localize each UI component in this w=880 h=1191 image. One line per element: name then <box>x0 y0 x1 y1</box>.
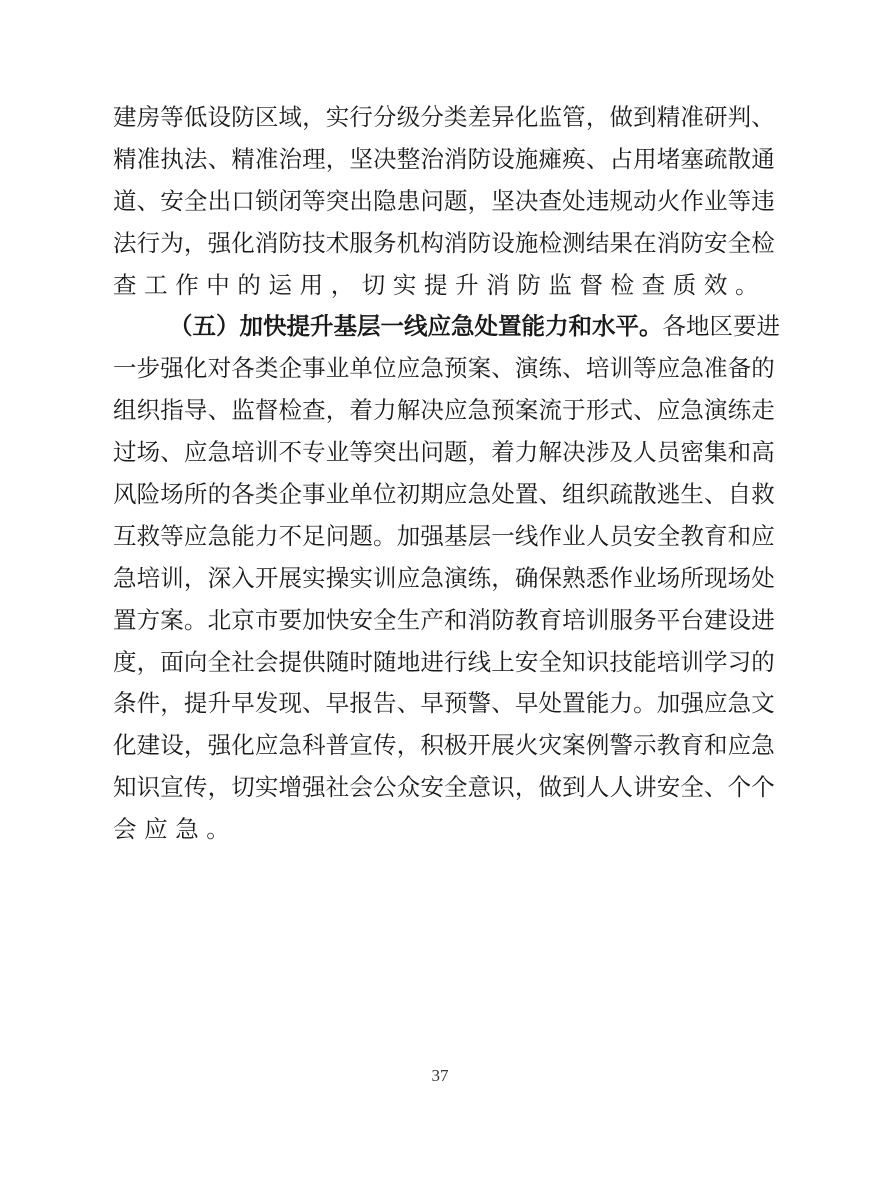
glyph: 线 <box>515 516 539 558</box>
glyph: 业 <box>562 516 586 558</box>
glyph: 报 <box>349 683 373 725</box>
glyph: 安 <box>349 600 373 642</box>
glyph: 操 <box>326 558 350 600</box>
glyph: 场 <box>160 474 184 516</box>
glyph: 全 <box>444 767 468 809</box>
glyph: 类 <box>444 97 468 139</box>
glyph: 悉 <box>586 558 610 600</box>
glyph: 组 <box>113 390 137 432</box>
glyph: 提 <box>287 306 311 348</box>
glyph: 着 <box>349 390 373 432</box>
glyph: 等 <box>302 181 326 223</box>
glyph: 早 <box>420 683 444 725</box>
glyph: 应 <box>657 348 681 390</box>
glyph: 消 <box>468 600 492 642</box>
glyph: 事 <box>302 474 326 516</box>
glyph: 建 <box>704 600 728 642</box>
glyph: ， <box>302 97 326 139</box>
glyph: 整 <box>397 139 421 181</box>
glyph: 建 <box>113 97 137 139</box>
glyph: 应 <box>728 725 752 767</box>
glyph: 人 <box>633 432 657 474</box>
glyph: 机 <box>397 223 421 265</box>
glyph: 早 <box>231 683 255 725</box>
glyph: 堵 <box>657 139 681 181</box>
glyph: 各 <box>231 474 255 516</box>
glyph: 进 <box>420 642 444 684</box>
glyph: 坚 <box>491 181 515 223</box>
glyph: 的 <box>208 474 232 516</box>
glyph: 、 <box>137 181 161 223</box>
glyph: 练 <box>468 558 492 600</box>
glyph: 练 <box>728 390 752 432</box>
glyph: 级 <box>397 97 421 139</box>
glyph: 练 <box>539 348 563 390</box>
glyph: 向 <box>184 642 208 684</box>
glyph: 水 <box>592 306 616 348</box>
glyph: 防 <box>468 223 492 265</box>
glyph: 线 <box>404 306 428 348</box>
glyph: 识 <box>137 767 161 809</box>
body-text: 建房等低设防区域，实行分级分类差异化监管，做到精准研判、 精准执法、精准治理，坚… <box>113 97 775 851</box>
glyph: 、 <box>491 683 515 725</box>
glyph: 类 <box>255 348 279 390</box>
glyph: 行 <box>349 97 373 139</box>
glyph: 防 <box>231 97 255 139</box>
glyph: 闭 <box>278 181 302 223</box>
glyph: 、 <box>751 97 775 139</box>
glyph: 消 <box>444 139 468 181</box>
glyph: 执 <box>160 139 184 181</box>
glyph: 织 <box>137 390 161 432</box>
glyph: 化 <box>231 725 255 767</box>
glyph: 散 <box>728 139 752 181</box>
glyph: 极 <box>444 725 468 767</box>
glyph: 传 <box>184 767 208 809</box>
glyph: 问 <box>420 432 444 474</box>
glyph: 置 <box>498 306 522 348</box>
glyph: 场 <box>137 432 161 474</box>
glyph: 分 <box>420 97 444 139</box>
glyph: 强 <box>208 725 232 767</box>
glyph: 一 <box>491 516 515 558</box>
text-line: 过场、应急培训不专业等突出问题，着力解决涉及人员密集和高 <box>113 432 775 474</box>
glyph: 人 <box>586 767 610 809</box>
glyph: 管 <box>562 97 586 139</box>
glyph: 准 <box>680 97 704 139</box>
glyph: 全 <box>680 767 704 809</box>
text-line: 一步强化对各类企事业单位应急预案、演练、培训等应急准备的 <box>113 348 775 390</box>
glyph: 互 <box>113 516 137 558</box>
glyph: 训 <box>586 600 610 642</box>
glyph: 不 <box>278 432 302 474</box>
glyph: 科 <box>302 725 326 767</box>
glyph: 设 <box>491 223 515 265</box>
glyph: 等 <box>349 432 373 474</box>
glyph: ， <box>468 432 492 474</box>
glyph: 安 <box>633 516 657 558</box>
glyph: 应 <box>444 474 468 516</box>
glyph: 展 <box>491 725 515 767</box>
glyph: 全 <box>539 642 563 684</box>
glyph: 公 <box>373 767 397 809</box>
glyph: 化 <box>184 348 208 390</box>
glyph: 等 <box>633 348 657 390</box>
glyph: 式 <box>609 390 633 432</box>
glyph: 生 <box>397 600 421 642</box>
glyph: 、 <box>302 683 326 725</box>
glyph: 市 <box>255 600 279 642</box>
glyph: 违 <box>751 181 775 223</box>
glyph: 急 <box>451 306 475 348</box>
glyph: 传 <box>373 725 397 767</box>
glyph: 消 <box>255 223 279 265</box>
glyph: 火 <box>515 725 539 767</box>
glyph: 人 <box>586 516 610 558</box>
glyph: 急 <box>680 390 704 432</box>
glyph: 训 <box>373 558 397 600</box>
glyph: 用 <box>633 139 657 181</box>
glyph: 消 <box>444 223 468 265</box>
glyph: 决 <box>420 390 444 432</box>
glyph: 、 <box>397 683 421 725</box>
text-line: 条件，提升早发现、早报告、早预警、早处置能力。加强应急文 <box>113 683 775 725</box>
glyph: 解 <box>397 390 421 432</box>
glyph: 开 <box>255 558 279 600</box>
glyph: 培 <box>586 348 610 390</box>
glyph: 员 <box>609 516 633 558</box>
glyph: 预 <box>444 683 468 725</box>
text-line: 法行为，强化消防技术服务机构消防设施检测结果在消防安全检 <box>113 223 775 265</box>
glyph: ， <box>184 558 208 600</box>
glyph: 精 <box>657 97 681 139</box>
glyph: 一 <box>113 348 137 390</box>
glyph: 急 <box>728 683 752 725</box>
glyph: 急 <box>208 516 232 558</box>
glyph: 演 <box>704 390 728 432</box>
glyph: 上 <box>491 642 515 684</box>
glyph: 告 <box>373 683 397 725</box>
glyph: 个 <box>751 767 775 809</box>
glyph: 应 <box>184 432 208 474</box>
glyph: 道 <box>113 181 137 223</box>
glyph: 技 <box>609 642 633 684</box>
glyph: 位 <box>373 474 397 516</box>
glyph: 安 <box>704 223 728 265</box>
glyph: 产 <box>420 600 444 642</box>
glyph: 切 <box>231 767 255 809</box>
glyph: 现 <box>278 683 302 725</box>
glyph: 提 <box>278 642 302 684</box>
glyph: 规 <box>609 181 633 223</box>
glyph: 安 <box>420 767 444 809</box>
glyph: 决 <box>562 432 586 474</box>
glyph: 锁 <box>255 181 279 223</box>
glyph: 应 <box>255 725 279 767</box>
glyph: 业 <box>326 348 350 390</box>
glyph: 预 <box>491 390 515 432</box>
glyph: 和 <box>444 600 468 642</box>
glyph: 案 <box>515 390 539 432</box>
glyph: 流 <box>539 390 563 432</box>
glyph: 初 <box>397 474 421 516</box>
glyph: 、 <box>491 348 515 390</box>
glyph: ， <box>586 97 610 139</box>
glyph: 导 <box>184 390 208 432</box>
glyph: 防 <box>468 139 492 181</box>
glyph: 化 <box>231 223 255 265</box>
glyph: 教 <box>680 516 704 558</box>
glyph: 行 <box>444 642 468 684</box>
glyph: 火 <box>657 181 681 223</box>
glyph: 法 <box>184 139 208 181</box>
glyph: 强 <box>208 223 232 265</box>
glyph: 在 <box>633 223 657 265</box>
glyph: 全 <box>728 223 752 265</box>
glyph: 方 <box>137 600 161 642</box>
glyph: 织 <box>586 474 610 516</box>
glyph: 全 <box>373 600 397 642</box>
glyph: 急 <box>113 558 137 600</box>
glyph: 防 <box>278 223 302 265</box>
glyph: 警 <box>609 725 633 767</box>
glyph: 急 <box>420 558 444 600</box>
glyph: 急 <box>208 432 232 474</box>
glyph: 要 <box>733 306 757 348</box>
glyph: 地 <box>686 306 710 348</box>
glyph: ， <box>397 725 421 767</box>
glyph: 企 <box>278 348 302 390</box>
glyph: 治 <box>278 139 302 181</box>
glyph: 台 <box>680 600 704 642</box>
glyph: 场 <box>657 558 681 600</box>
glyph: 组 <box>562 474 586 516</box>
glyph: 、 <box>704 767 728 809</box>
glyph: 训 <box>160 558 184 600</box>
glyph: 进 <box>751 600 775 642</box>
glyph: 演 <box>444 558 468 600</box>
glyph: 所 <box>680 558 704 600</box>
glyph: 力 <box>515 432 539 474</box>
glyph: 集 <box>704 432 728 474</box>
glyph: 动 <box>633 181 657 223</box>
glyph: 研 <box>704 97 728 139</box>
glyph: 、 <box>208 390 232 432</box>
glyph: ， <box>208 767 232 809</box>
glyph: 供 <box>302 642 326 684</box>
glyph: 突 <box>326 181 350 223</box>
glyph: 急 <box>278 725 302 767</box>
glyph: 升 <box>310 306 334 348</box>
glyph: 知 <box>562 642 586 684</box>
glyph: 检 <box>539 223 563 265</box>
glyph: 层 <box>357 306 381 348</box>
glyph: 单 <box>349 348 373 390</box>
glyph: 应 <box>751 516 775 558</box>
text-line: 道、安全出口锁闭等突出隐患问题，坚决查处违规动火作业等违 <box>113 181 775 223</box>
glyph: 学 <box>704 642 728 684</box>
glyph: 确 <box>515 558 539 600</box>
glyph: 基 <box>334 306 358 348</box>
glyph: 育 <box>704 516 728 558</box>
glyph: 训 <box>609 348 633 390</box>
glyph: 平 <box>657 600 681 642</box>
glyph: 平 <box>616 306 640 348</box>
glyph: 检 <box>751 223 775 265</box>
glyph: 应 <box>704 683 728 725</box>
glyph: 处 <box>491 474 515 516</box>
glyph: 基 <box>444 516 468 558</box>
glyph: 业 <box>633 558 657 600</box>
glyph: 案 <box>562 725 586 767</box>
glyph: 加 <box>302 600 326 642</box>
glyph: ， <box>326 390 350 432</box>
glyph: 区 <box>710 306 734 348</box>
glyph: 个 <box>728 767 752 809</box>
glyph: 实 <box>302 558 326 600</box>
glyph: 构 <box>420 223 444 265</box>
glyph: 。 <box>184 600 208 642</box>
glyph: 的 <box>751 642 775 684</box>
glyph: 社 <box>326 767 350 809</box>
glyph: 教 <box>515 600 539 642</box>
glyph: 应 <box>657 390 681 432</box>
page-number: 37 <box>0 1066 880 1086</box>
text-line: 度，面向全社会提供随时随地进行线上安全知识技能培训学习的 <box>113 642 775 684</box>
glyph: 隐 <box>373 181 397 223</box>
glyph: 逃 <box>657 474 681 516</box>
glyph: 的 <box>751 348 775 390</box>
glyph: 行 <box>137 223 161 265</box>
glyph: 业 <box>326 432 350 474</box>
glyph: 增 <box>278 767 302 809</box>
glyph: 处 <box>751 558 775 600</box>
glyph: 理 <box>302 139 326 181</box>
glyph: 设 <box>160 725 184 767</box>
glyph: ， <box>160 683 184 725</box>
glyph: 各 <box>663 306 687 348</box>
text-line: 建房等低设防区域，实行分级分类差异化监管，做到精准研判、 <box>113 97 775 139</box>
glyph: 演 <box>515 348 539 390</box>
glyph: 事 <box>302 348 326 390</box>
glyph: 育 <box>539 600 563 642</box>
glyph: 应 <box>184 516 208 558</box>
glyph: 务 <box>633 600 657 642</box>
glyph: ， <box>326 139 350 181</box>
glyph: 力 <box>255 516 279 558</box>
glyph: 置 <box>562 683 586 725</box>
glyph: 。 <box>639 306 663 348</box>
glyph: 业 <box>704 181 728 223</box>
glyph: 随 <box>373 642 397 684</box>
glyph: 置 <box>113 600 137 642</box>
glyph: 强 <box>302 767 326 809</box>
glyph: 过 <box>113 432 137 474</box>
glyph: 入 <box>231 558 255 600</box>
glyph: 设 <box>208 97 232 139</box>
glyph: 应 <box>397 348 421 390</box>
glyph: 分 <box>373 97 397 139</box>
glyph: 企 <box>278 474 302 516</box>
glyph: 实 <box>255 767 279 809</box>
glyph: 精 <box>113 139 137 181</box>
glyph: 化 <box>515 97 539 139</box>
glyph: 加 <box>240 306 264 348</box>
glyph: 果 <box>609 223 633 265</box>
glyph: 识 <box>491 767 515 809</box>
glyph: 进 <box>757 306 781 348</box>
glyph: 应 <box>428 306 452 348</box>
glyph: 早 <box>515 683 539 725</box>
glyph: ） <box>216 306 240 348</box>
glyph: 检 <box>278 390 302 432</box>
glyph: 服 <box>349 223 373 265</box>
glyph: 地 <box>397 642 421 684</box>
glyph: 保 <box>539 558 563 600</box>
text-line: 会应急。 <box>113 809 775 851</box>
glyph: 安 <box>657 767 681 809</box>
glyph: 处 <box>562 181 586 223</box>
glyph: 积 <box>420 725 444 767</box>
glyph: 异 <box>491 97 515 139</box>
glyph: 问 <box>326 516 350 558</box>
glyph: 风 <box>113 474 137 516</box>
glyph: 北 <box>208 600 232 642</box>
glyph: 置 <box>515 474 539 516</box>
glyph: 消 <box>657 223 681 265</box>
glyph: 差 <box>468 97 492 139</box>
glyph: ， <box>184 223 208 265</box>
glyph: 强 <box>420 516 444 558</box>
glyph: 全 <box>657 516 681 558</box>
glyph: 全 <box>208 642 232 684</box>
glyph: 早 <box>326 683 350 725</box>
glyph: 化 <box>113 725 137 767</box>
glyph: 线 <box>468 642 492 684</box>
glyph: 通 <box>751 139 775 181</box>
glyph: ， <box>468 181 492 223</box>
glyph: 、 <box>160 432 184 474</box>
glyph: 准 <box>137 139 161 181</box>
glyph: 足 <box>302 516 326 558</box>
glyph: 。 <box>633 683 657 725</box>
glyph: 、 <box>208 139 232 181</box>
glyph: 治 <box>420 139 444 181</box>
glyph: 京 <box>231 600 255 642</box>
glyph: ， <box>137 642 161 684</box>
glyph: 设 <box>728 600 752 642</box>
glyph: 培 <box>562 600 586 642</box>
glyph: 域 <box>278 97 302 139</box>
glyph: 散 <box>633 474 657 516</box>
glyph: 题 <box>349 516 373 558</box>
glyph: 单 <box>349 474 373 516</box>
glyph: 意 <box>468 767 492 809</box>
glyph: 会 <box>255 642 279 684</box>
glyph: 度 <box>113 642 137 684</box>
glyph: 急 <box>680 348 704 390</box>
glyph: 、 <box>539 474 563 516</box>
glyph: ， <box>515 767 539 809</box>
glyph: 例 <box>586 725 610 767</box>
glyph: 、 <box>586 139 610 181</box>
glyph: 众 <box>397 767 421 809</box>
document-page: 建房等低设防区域，实行分级分类差异化监管，做到精准研判、 精准执法、精准治理，坚… <box>0 0 880 1191</box>
glyph: 位 <box>373 348 397 390</box>
glyph: 处 <box>539 683 563 725</box>
glyph: 强 <box>680 683 704 725</box>
glyph: 急 <box>468 474 492 516</box>
